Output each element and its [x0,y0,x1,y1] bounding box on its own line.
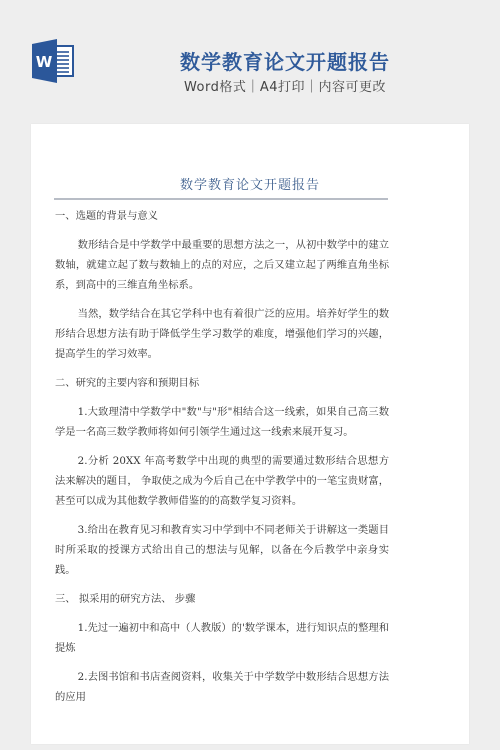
document-page: 数学教育论文开题报告 一、选题的背景与意义 数形结合是中学数学中最重要的思想方法… [31,124,469,744]
header: W 数学教育论文开题报告 Word格式｜A4打印｜内容可更改 [0,0,500,124]
document-title: 数学教育论文开题报告 [31,174,469,193]
header-subtitle: Word格式｜A4打印｜内容可更改 [150,76,420,95]
header-title: 数学教育论文开题报告 [150,46,420,75]
paragraph: 1.大致理清中学数学中"数"与"形"相结合这一线索，如果自己高三数学是一名高三数… [55,402,389,442]
paragraph: 当然，数学结合在其它学科中也有着很广泛的应用。培养好学生的数形结合思想方法有助于… [55,304,389,364]
paragraph: 3.给出在教育见习和教育实习中学到中不同老师关于讲解这一类题目时所采取的授课方式… [55,520,389,580]
paragraph: 2.分析 20XX 年高考数学中出现的典型的需要通过数形结合思想方法来解决的题目… [55,451,389,511]
title-divider [54,198,388,200]
section-heading: 三、 拟采用的研究方法、 步骤 [55,589,389,609]
word-document-icon: W [31,38,77,84]
svg-text:W: W [36,53,53,71]
section-heading: 二、研究的主要内容和预期目标 [55,373,389,393]
paragraph: 2.去图书馆和书店查阅资料，收集关于中学数学中数形结合思想方法的应用 [55,667,389,707]
document-body: 一、选题的背景与意义 数形结合是中学数学中最重要的思想方法之一，从初中数学中的建… [55,206,389,716]
section-heading: 一、选题的背景与意义 [55,206,389,226]
paragraph: 数形结合是中学数学中最重要的思想方法之一，从初中数学中的建立数轴，就建立起了数与… [55,235,389,295]
paragraph: 1.先过一遍初中和高中（人教版）的'数学课本，进行知识点的整理和提炼 [55,618,389,658]
